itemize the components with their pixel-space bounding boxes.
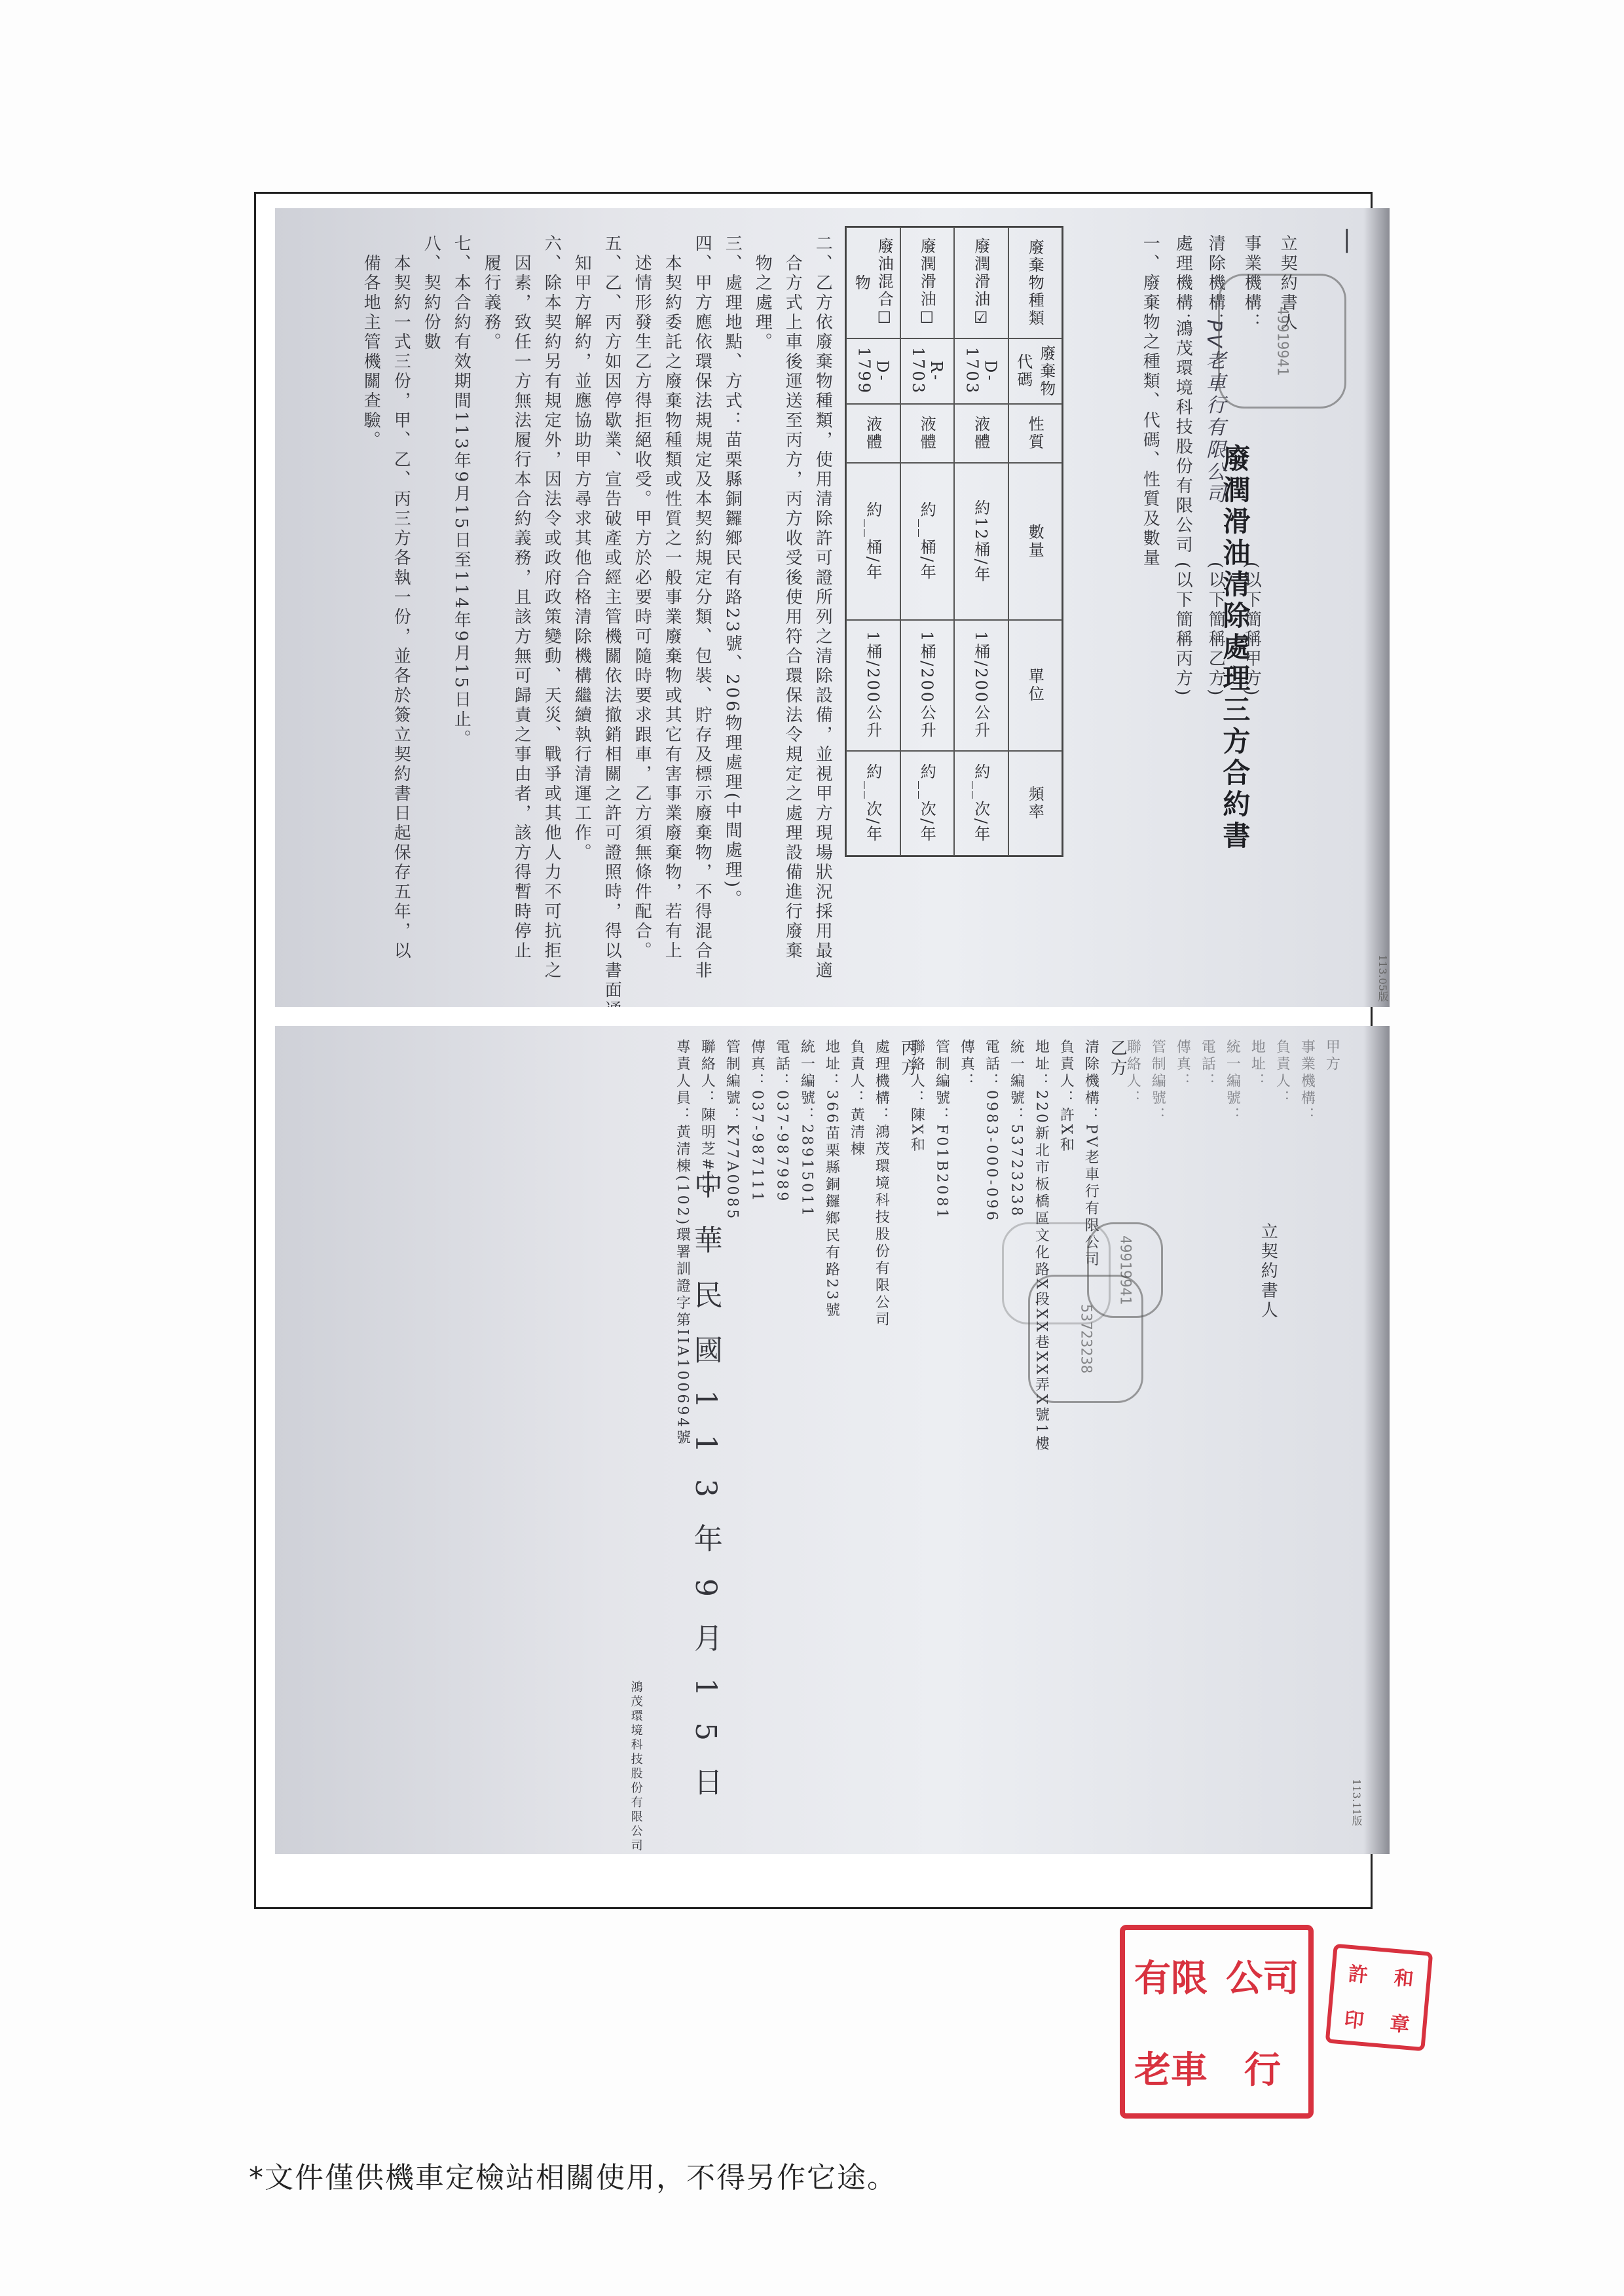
- date-line: 中華民國113年9月15日: [688, 1170, 722, 1822]
- table-cell: 液體: [954, 404, 1008, 463]
- table-header-cell: 廢棄物代碼: [1008, 338, 1063, 404]
- party-field: 管制編號：F01B2081: [932, 1039, 950, 1220]
- page-mark: 113.11版: [1349, 1779, 1364, 1826]
- field-value: 28915011: [798, 1124, 815, 1218]
- field-label: 電話：: [983, 1039, 999, 1090]
- party-field: 統一編號：53723238: [1007, 1039, 1024, 1218]
- field-value: 黃清棟: [848, 1107, 864, 1158]
- field-value: 陳X和: [908, 1107, 925, 1154]
- table-cell: 約__次/年: [900, 751, 955, 856]
- field-label: 管制編號：: [724, 1039, 740, 1124]
- field-value: 許X和: [1058, 1107, 1074, 1154]
- field-label: 清除機構：: [1082, 1039, 1099, 1124]
- company-seal: 有限公司老車行: [1120, 1925, 1314, 2119]
- table-cell: 約__次/年: [954, 751, 1008, 856]
- party-field: 管制編號：K77A0085: [723, 1039, 740, 1221]
- party-field: 統一編號：28915011: [798, 1039, 815, 1218]
- table-cell: D-1799: [846, 338, 900, 404]
- table-header-cell: 單位: [1008, 620, 1063, 751]
- footer-disclaimer: *文件僅供機車定檢站相關使用，不得另作它途。: [249, 2154, 897, 2196]
- table-cell: 液體: [900, 404, 955, 463]
- table-cell: R-1703: [900, 338, 955, 404]
- party-field: 負責人：黃清棟: [847, 1039, 864, 1158]
- clause-line: 本契約委託之廢棄物種類或性質之一般事業廢棄物或其它有害事業廢棄物，若有上: [661, 254, 682, 961]
- party-field: 統一編號：: [1223, 1039, 1240, 1124]
- party-heading: 乙方: [1107, 1039, 1127, 1078]
- party-a-note: (以下簡稱甲方): [1241, 562, 1261, 698]
- field-value: K77A0085: [724, 1124, 740, 1221]
- field-value: 鴻茂環境科技股份有限公司: [873, 1124, 889, 1328]
- company-stamp-a: 49919941: [1087, 1222, 1163, 1318]
- table-cell: 約__次/年: [846, 751, 900, 856]
- table-cell: ☑廢潤滑油: [954, 227, 1008, 338]
- clause-line: 三、處理地點、方式：苗栗縣銅鑼鄉民有路23號、206物理處理(中間處理)。: [722, 234, 742, 909]
- waste-table: 廢棄物種類廢棄物代碼性質數量單位頻率☑廢潤滑油D-1703液體約12桶/年1桶/…: [845, 226, 1063, 857]
- field-label: 聯絡人：: [699, 1039, 715, 1107]
- field-value: 037-987989: [773, 1090, 790, 1203]
- seal-char: 公司: [1217, 1950, 1308, 2002]
- table-cell: 液體: [846, 404, 900, 463]
- party-field: 甲方: [1323, 1039, 1340, 1073]
- table-cell: 約12桶/年: [954, 463, 1008, 620]
- party-field: 地址：: [1248, 1039, 1265, 1090]
- party-c-label: 處理機構：: [1172, 234, 1192, 333]
- table-cell: 1桶/200公升: [954, 620, 1008, 751]
- party-field: 電話：: [1198, 1039, 1215, 1090]
- clause-line: 六、除本契約另有規定外，因法令或政府政策變動、天災、戰爭或其他人力不可抗拒之: [541, 234, 561, 981]
- seal-char: 和: [1380, 1960, 1428, 1993]
- party-field: 傳真：: [957, 1039, 974, 1090]
- party-field: 傳真：037-987111: [748, 1039, 765, 1203]
- party-field: 管制編號：: [1149, 1039, 1166, 1124]
- personal-seal: 許和印章: [1325, 1944, 1433, 2052]
- party-field: 電話：0983-000-096: [982, 1039, 999, 1223]
- scan-shadow: [1363, 1026, 1390, 1854]
- seal-char: 印: [1330, 2002, 1378, 2035]
- seal-char: 章: [1376, 2006, 1424, 2039]
- table-cell: 1桶/200公升: [846, 620, 900, 751]
- seal-char: 許: [1334, 1956, 1382, 1989]
- contract-page-1: — 廢潤滑油清除處理三方合約書 113.05版 立契約書人 事業機構： (以下簡…: [275, 208, 1390, 1007]
- clause-line: 述情形發生乙方得拒絕收受。甲方於必要時可隨時要求跟車，乙方須無條件配合。: [631, 254, 652, 961]
- field-label: 管制編號：: [933, 1039, 950, 1124]
- company-footer: 鴻茂環境科技股份有限公司: [629, 1681, 643, 1853]
- table-header-cell: 性質: [1008, 404, 1063, 463]
- seal-char: 老車: [1125, 2041, 1217, 2094]
- field-value: 53723238: [1008, 1124, 1024, 1218]
- field-label: 負責人：: [848, 1039, 864, 1107]
- field-label: 地址：: [823, 1039, 840, 1090]
- table-cell: 約__桶/年: [900, 463, 955, 620]
- page-dash: —: [1333, 228, 1364, 257]
- scan-shadow: [1363, 208, 1390, 1007]
- clause-line: 四、甲方應依環保法規規定及本契約規定分類、包裝、貯存及標示廢棄物，不得混合非: [692, 234, 712, 981]
- seal-char: 有限: [1125, 1950, 1217, 2002]
- party-b-note: (以下簡稱乙方): [1205, 562, 1225, 698]
- clause-line: 七、本合約有效期間113年9月15日至114年9月15日止。: [451, 234, 471, 750]
- signatories-header: 立契約書人: [1257, 1222, 1278, 1321]
- field-value: 0983-000-096: [983, 1090, 999, 1223]
- party-field: 負責人：: [1273, 1039, 1290, 1107]
- table-header-cell: 廢棄物種類: [1008, 227, 1063, 338]
- field-label: 電話：: [773, 1039, 790, 1090]
- clause-line: 物之處理。: [752, 254, 772, 352]
- party-field: 處理機構：鴻茂環境科技股份有限公司: [872, 1039, 889, 1328]
- clause-line: 本契約一式三份，甲、乙、丙三方各執一份，並各於簽立契約書日起保存五年，以: [390, 254, 411, 961]
- field-value: 366苗栗縣銅鑼鄉民有路23號: [823, 1090, 840, 1319]
- clause-line: 因素，致任一方無法履行本合約義務，且該方無可歸責之事由者，該方得暫時停止: [511, 254, 531, 961]
- party-field: 電話：037-987989: [773, 1039, 790, 1203]
- party-c-value: 鴻茂環境科技股份有限公司: [1172, 319, 1192, 555]
- field-label: 處理機構：: [873, 1039, 889, 1124]
- clause-line: 知甲方解約，並應協助甲方尋求其他合格清除機構繼續執行清運工作。: [571, 254, 591, 863]
- field-label: 傳真：: [958, 1039, 974, 1090]
- field-label: 統一編號：: [798, 1039, 815, 1124]
- party-field: 地址：366苗栗縣銅鑼鄉民有路23號: [822, 1039, 840, 1319]
- table-header-cell: 數量: [1008, 463, 1063, 620]
- clause-line: 備各地主管機關查驗。: [360, 254, 380, 450]
- party-heading: 丙方: [897, 1039, 917, 1078]
- clause-line: 二、乙方依廢棄物種類，使用清除許可證所列之清除設備，並視甲方現場狀況採用最適: [812, 234, 832, 981]
- table-cell: ☐廢潤滑油: [900, 227, 955, 338]
- table-cell: ☐廢油混合物: [846, 227, 900, 338]
- contract-page-2: 113.11版 立契約書人 甲方事業機構：負責人：地址：統一編號：電話：傳真：管…: [275, 1026, 1390, 1854]
- party-field: 負責人：許X和: [1057, 1039, 1074, 1154]
- party-c-note: (以下簡稱丙方): [1172, 562, 1192, 698]
- table-header-cell: 頻率: [1008, 751, 1063, 856]
- party-field: 傳真：: [1173, 1039, 1190, 1090]
- clause-line: 履行義務。: [481, 254, 501, 352]
- field-label: 負責人：: [1058, 1039, 1074, 1107]
- clause-line: 合方式上車後運送至丙方，丙方收受後使用符合環保法令規定之處理設備進行廢棄: [782, 254, 802, 961]
- field-label: 統一編號：: [1008, 1039, 1024, 1124]
- field-label: 專責人員：: [674, 1039, 690, 1124]
- table-cell: D-1703: [954, 338, 1008, 404]
- clause-line: 五、乙、丙方如因停歇業、宣告破產或經主管機關依法撤銷相關之許可證照時，得以書面通: [601, 234, 621, 1007]
- table-cell: 1桶/200公升: [900, 620, 955, 751]
- clause-line: 八、契約份數: [420, 234, 441, 352]
- clause-1-heading: 一、廢棄物之種類、代碼、性質及數量: [1139, 234, 1160, 568]
- field-label: 傳真：: [748, 1039, 765, 1090]
- seal-char: 行: [1217, 2041, 1308, 2094]
- company-stamp: 49919941: [1218, 274, 1346, 409]
- field-value: 037-987111: [748, 1090, 765, 1203]
- party-field: 事業機構：: [1298, 1039, 1315, 1124]
- table-cell: 約__桶/年: [846, 463, 900, 620]
- field-label: 地址：: [1033, 1039, 1049, 1090]
- page-mark: 113.05版: [1375, 955, 1390, 1002]
- field-value: F01B2081: [933, 1124, 950, 1220]
